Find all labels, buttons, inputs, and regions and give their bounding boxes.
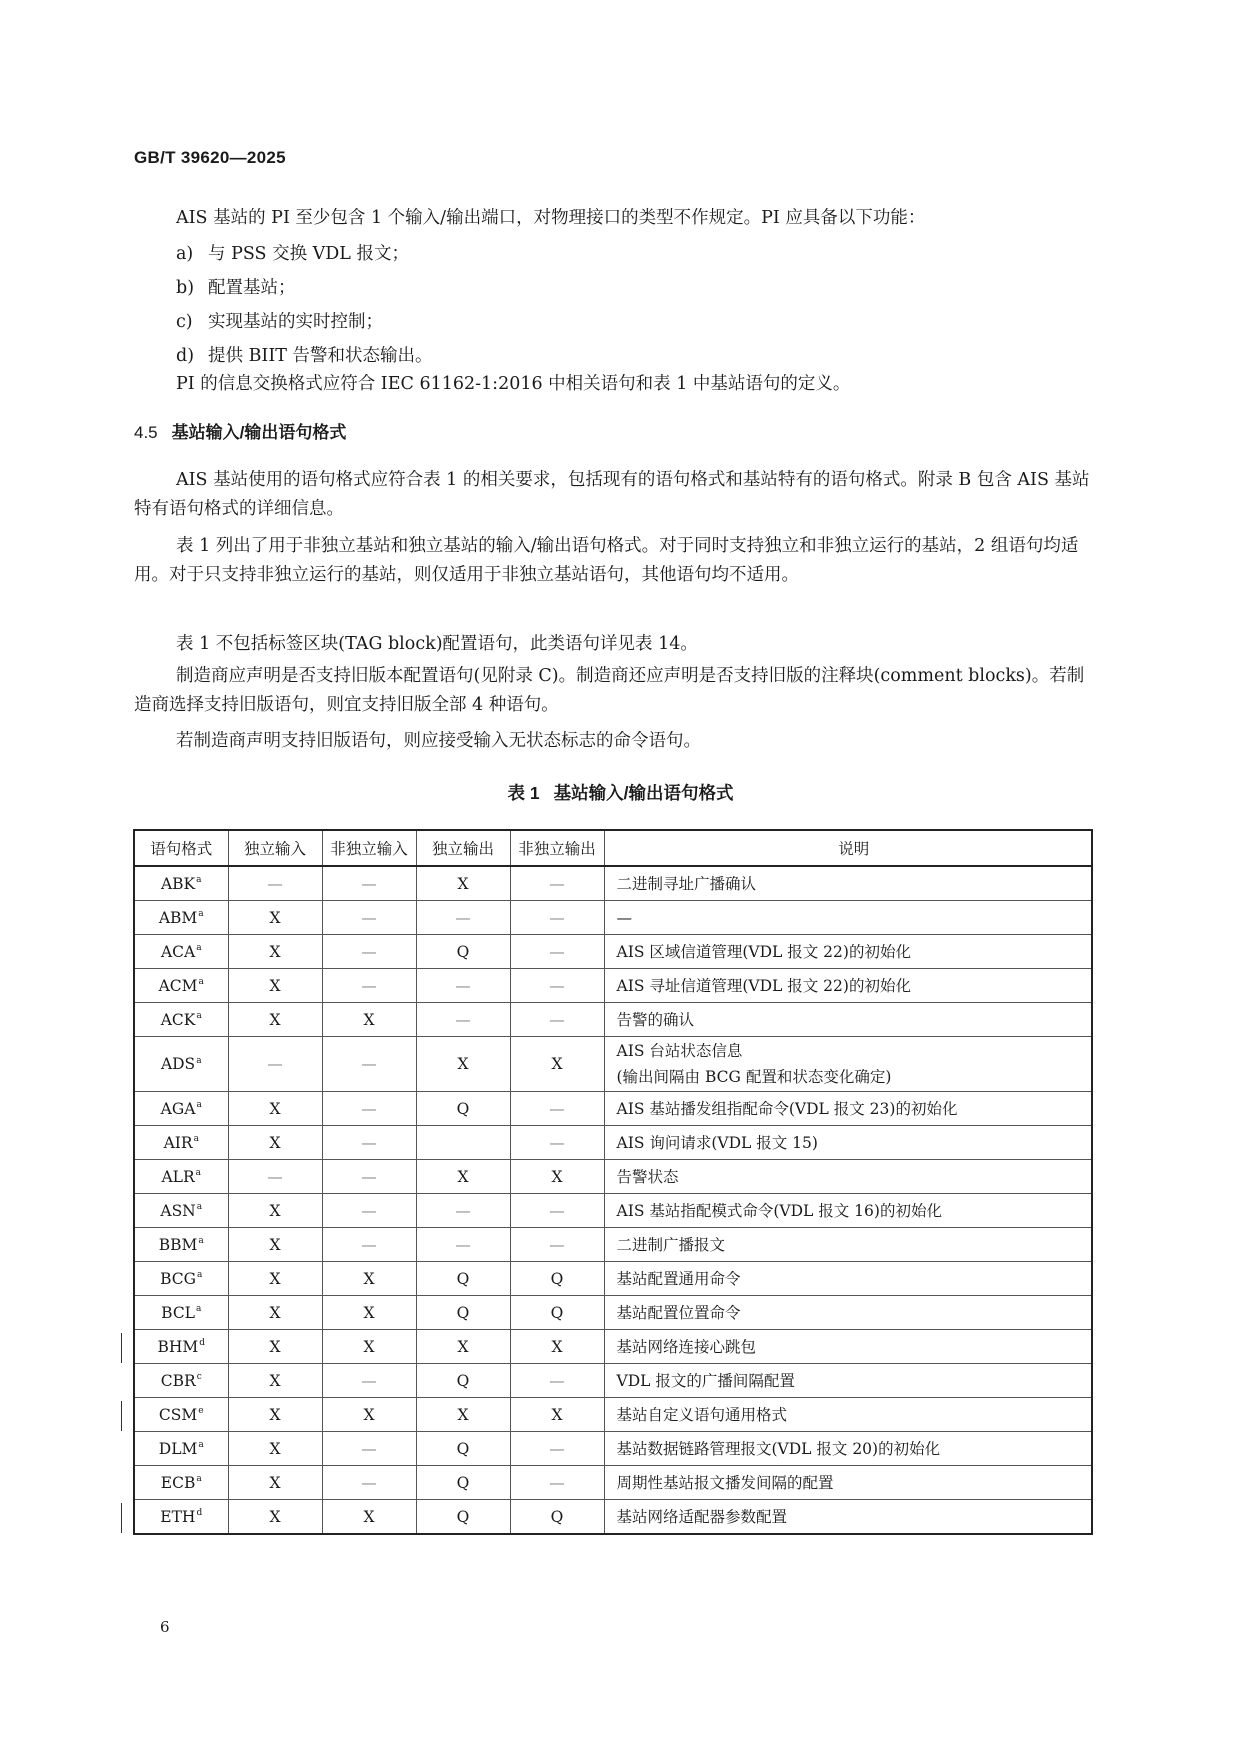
cell-format: CSMe [134, 1398, 228, 1432]
cell-description: AIS 寻址信道管理(VDL 报文 22)的初始化 [604, 969, 1092, 1003]
cell-format: BHMd [134, 1330, 228, 1364]
page-number: 6 [160, 1618, 170, 1636]
cell-format: ACAa [134, 935, 228, 969]
footnote-marker: a [198, 909, 203, 919]
intro-closing: PI 的信息交换格式应符合 IEC 61162-1:2016 中相关语句和表 1… [134, 370, 1094, 399]
cell-format: ADSa [134, 1037, 228, 1092]
cell-dependent-output: — [510, 1126, 604, 1160]
cell-dependent-output: — [510, 969, 604, 1003]
table-row: ACAaX—Q—AIS 区域信道管理(VDL 报文 22)的初始化 [134, 935, 1092, 969]
cell-description: 基站配置通用命令 [604, 1262, 1092, 1296]
format-code: ALR [161, 1168, 194, 1186]
revision-change-bar [121, 1333, 122, 1363]
cell-description: — [604, 901, 1092, 935]
format-code: CBR [161, 1372, 196, 1390]
footnote-marker: a [196, 1304, 201, 1314]
cell-format: ACKa [134, 1003, 228, 1037]
cell-description: AIS 基站指配模式命令(VDL 报文 16)的初始化 [604, 1194, 1092, 1228]
description-line: (输出间隔由 BCG 配置和状态变化确定) [617, 1064, 1092, 1090]
cell-dependent-input: X [322, 1500, 416, 1535]
cell-dependent-input: — [322, 969, 416, 1003]
list-marker: c) [176, 312, 208, 332]
cell-dependent-input: X [322, 1262, 416, 1296]
cell-independent-output: Q [416, 1500, 510, 1535]
cell-independent-input: X [228, 1432, 322, 1466]
footnote-marker: a [196, 1056, 201, 1066]
cell-independent-input: — [228, 866, 322, 901]
cell-dependent-input: — [322, 1432, 416, 1466]
section-number: 4.5 [134, 423, 158, 442]
sentence-format-table: 语句格式 独立输入 非独立输入 独立输出 非独立输出 说明 ABKa——X—二进… [133, 829, 1093, 1535]
cell-dependent-input: — [322, 935, 416, 969]
cell-independent-input: — [228, 1160, 322, 1194]
footnote-marker: a [198, 1236, 203, 1246]
cell-dependent-output: Q [510, 1296, 604, 1330]
table-row: ACMaX———AIS 寻址信道管理(VDL 报文 22)的初始化 [134, 969, 1092, 1003]
cell-description: 周期性基站报文播发间隔的配置 [604, 1466, 1092, 1500]
header-dependent-input: 非独立输入 [322, 830, 416, 866]
format-code: ETH [160, 1508, 195, 1526]
cell-description: AIS 询问请求(VDL 报文 15) [604, 1126, 1092, 1160]
table-body: ABKa——X—二进制寻址广播确认ABMaX————ACAaX—Q—AIS 区域… [134, 866, 1092, 1534]
table-title: 基站输入/输出语句格式 [554, 783, 734, 803]
list-item-c: c)实现基站的实时控制； [176, 308, 383, 333]
header-independent-input: 独立输入 [228, 830, 322, 866]
revision-change-bar [121, 1503, 122, 1534]
format-code: AIR [164, 1134, 193, 1152]
cell-description: VDL 报文的广播间隔配置 [604, 1364, 1092, 1398]
description-line: 基站自定义语句通用格式 [617, 1402, 1092, 1428]
cell-dependent-input: — [322, 1037, 416, 1092]
cell-format: ETHd [134, 1500, 228, 1535]
cell-dependent-output: — [510, 901, 604, 935]
format-code: ABK [161, 875, 195, 893]
footnote-marker: d [199, 1338, 205, 1348]
cell-dependent-input: X [322, 1003, 416, 1037]
table-caption: 表 1基站输入/输出语句格式 [0, 780, 1241, 805]
format-code: ADS [161, 1055, 195, 1073]
format-code: ACM [159, 977, 198, 995]
table-row: BBMaX———二进制广播报文 [134, 1228, 1092, 1262]
table-row: AIRaX——AIS 询问请求(VDL 报文 15) [134, 1126, 1092, 1160]
cell-dependent-output: X [510, 1160, 604, 1194]
cell-dependent-output: — [510, 1364, 604, 1398]
cell-independent-input: X [228, 1228, 322, 1262]
cell-dependent-input: X [322, 1398, 416, 1432]
footnote-marker: a [196, 1100, 201, 1110]
cell-independent-input: X [228, 1092, 322, 1126]
section-paragraph-1: AIS 基站使用的语句格式应符合表 1 的相关要求，包括现有的语句格式和基站特有… [134, 466, 1094, 524]
cell-description: AIS 基站播发组指配命令(VDL 报文 23)的初始化 [604, 1092, 1092, 1126]
format-code: BCL [161, 1304, 195, 1322]
table-row: ECBaX—Q—周期性基站报文播发间隔的配置 [134, 1466, 1092, 1500]
cell-dependent-input: X [322, 1296, 416, 1330]
cell-independent-input: X [228, 1262, 322, 1296]
cell-independent-output: — [416, 901, 510, 935]
cell-independent-output: X [416, 1398, 510, 1432]
description-line: 二进制寻址广播确认 [617, 871, 1092, 897]
description-line: 基站网络适配器参数配置 [617, 1504, 1092, 1530]
cell-independent-input: X [228, 1398, 322, 1432]
cell-independent-input: — [228, 1037, 322, 1092]
footnote-marker: a [196, 1474, 201, 1484]
cell-format: ABKa [134, 866, 228, 901]
cell-description: AIS 台站状态信息(输出间隔由 BCG 配置和状态变化确定) [604, 1037, 1092, 1092]
format-code: ASN [160, 1202, 195, 1220]
section-paragraph-4: 制造商应声明是否支持旧版本配置语句(见附录 C)。制造商还应声明是否支持旧版的注… [134, 662, 1094, 720]
section-heading: 4.5基站输入/输出语句格式 [134, 418, 346, 443]
cell-independent-output: X [416, 866, 510, 901]
cell-description: 基站网络适配器参数配置 [604, 1500, 1092, 1535]
description-line: 基站配置通用命令 [617, 1266, 1092, 1292]
cell-dependent-input: — [322, 1364, 416, 1398]
table-row: ABKa——X—二进制寻址广播确认 [134, 866, 1092, 901]
format-code: ECB [161, 1474, 196, 1492]
cell-independent-input: X [228, 1466, 322, 1500]
cell-independent-input: X [228, 901, 322, 935]
footnote-marker: a [199, 977, 204, 987]
cell-format: DLMa [134, 1432, 228, 1466]
table-row: ABMaX———— [134, 901, 1092, 935]
description-line: AIS 台站状态信息 [617, 1038, 1092, 1064]
cell-independent-output: Q [416, 1466, 510, 1500]
section-paragraph-3: 表 1 不包括标签区块(TAG block)配置语句，此类语句详见表 14。 [134, 630, 1094, 659]
cell-format: AIRa [134, 1126, 228, 1160]
table-row: ASNaX———AIS 基站指配模式命令(VDL 报文 16)的初始化 [134, 1194, 1092, 1228]
cell-description: 基站配置位置命令 [604, 1296, 1092, 1330]
cell-independent-input: X [228, 1194, 322, 1228]
cell-description: AIS 区域信道管理(VDL 报文 22)的初始化 [604, 935, 1092, 969]
standard-code: GB/T 39620—2025 [134, 148, 286, 168]
format-code: DLM [159, 1440, 198, 1458]
cell-dependent-output: — [510, 935, 604, 969]
format-code: ABM [159, 909, 197, 927]
cell-dependent-input: — [322, 1194, 416, 1228]
cell-format: ACMa [134, 969, 228, 1003]
cell-dependent-output: — [510, 866, 604, 901]
cell-independent-output [416, 1126, 510, 1160]
description-line: 基站网络连接心跳包 [617, 1334, 1092, 1360]
cell-description: 二进制寻址广播确认 [604, 866, 1092, 901]
cell-independent-output: X [416, 1160, 510, 1194]
list-marker: a) [176, 244, 208, 264]
cell-description: 基站数据链路管理报文(VDL 报文 20)的初始化 [604, 1432, 1092, 1466]
cell-description: 二进制广播报文 [604, 1228, 1092, 1262]
table-row: DLMaX—Q—基站数据链路管理报文(VDL 报文 20)的初始化 [134, 1432, 1092, 1466]
cell-dependent-output: — [510, 1228, 604, 1262]
list-item-a: a)与 PSS 交换 VDL 报文； [176, 240, 409, 265]
cell-independent-input: X [228, 1296, 322, 1330]
footnote-marker: a [196, 1011, 201, 1021]
cell-dependent-input: — [322, 1160, 416, 1194]
cell-dependent-input: — [322, 866, 416, 901]
cell-independent-output: — [416, 1228, 510, 1262]
cell-format: AGAa [134, 1092, 228, 1126]
list-text: 与 PSS 交换 VDL 报文； [208, 244, 409, 264]
cell-format: ECBa [134, 1466, 228, 1500]
header-format: 语句格式 [134, 830, 228, 866]
cell-format: ALRa [134, 1160, 228, 1194]
description-line: — [617, 905, 1092, 931]
cell-dependent-input: — [322, 901, 416, 935]
cell-dependent-output: X [510, 1398, 604, 1432]
list-text: 配置基站； [208, 278, 296, 298]
list-marker: b) [176, 278, 208, 298]
cell-dependent-output: Q [510, 1500, 604, 1535]
cell-dependent-input: — [322, 1092, 416, 1126]
footnote-marker: e [198, 1406, 203, 1416]
table-row: BCLaXXQQ基站配置位置命令 [134, 1296, 1092, 1330]
cell-independent-input: X [228, 1500, 322, 1535]
cell-dependent-output: X [510, 1037, 604, 1092]
cell-independent-output: Q [416, 1432, 510, 1466]
cell-independent-input: X [228, 1003, 322, 1037]
footnote-marker: a [198, 1440, 203, 1450]
cell-dependent-output: — [510, 1466, 604, 1500]
cell-dependent-input: — [322, 1126, 416, 1160]
cell-independent-input: X [228, 1330, 322, 1364]
cell-independent-output: — [416, 1194, 510, 1228]
cell-independent-output: X [416, 1037, 510, 1092]
cell-independent-output: X [416, 1330, 510, 1364]
footnote-marker: a [197, 1202, 202, 1212]
cell-independent-input: X [228, 969, 322, 1003]
cell-description: 告警的确认 [604, 1003, 1092, 1037]
section-paragraph-2: 表 1 列出了用于非独立基站和独立基站的输入/输出语句格式。对于同时支持独立和非… [134, 532, 1094, 590]
cell-independent-output: Q [416, 1092, 510, 1126]
cell-independent-input: X [228, 1364, 322, 1398]
cell-format: ASNa [134, 1194, 228, 1228]
table-row: AGAaX—Q—AIS 基站播发组指配命令(VDL 报文 23)的初始化 [134, 1092, 1092, 1126]
format-code: ACA [161, 943, 195, 961]
format-code: ACK [161, 1011, 196, 1029]
cell-dependent-output: — [510, 1432, 604, 1466]
table-row: ADSa——XXAIS 台站状态信息(输出间隔由 BCG 配置和状态变化确定) [134, 1037, 1092, 1092]
cell-format: BCGa [134, 1262, 228, 1296]
header-independent-output: 独立输出 [416, 830, 510, 866]
table-header-row: 语句格式 独立输入 非独立输入 独立输出 非独立输出 说明 [134, 830, 1092, 866]
cell-format: CBRc [134, 1364, 228, 1398]
footnote-marker: a [197, 1270, 202, 1280]
footnote-marker: a [194, 1134, 199, 1144]
cell-independent-output: Q [416, 1296, 510, 1330]
footnote-marker: a [196, 875, 201, 885]
table-row: CBRcX—Q—VDL 报文的广播间隔配置 [134, 1364, 1092, 1398]
description-line: 告警状态 [617, 1164, 1092, 1190]
cell-format: BCLa [134, 1296, 228, 1330]
list-item-b: b)配置基站； [176, 274, 296, 299]
description-line: AIS 基站播发组指配命令(VDL 报文 23)的初始化 [617, 1096, 1092, 1122]
cell-independent-output: — [416, 1003, 510, 1037]
cell-dependent-output: — [510, 1003, 604, 1037]
description-line: AIS 基站指配模式命令(VDL 报文 16)的初始化 [617, 1198, 1092, 1224]
table-row: ACKaXX——告警的确认 [134, 1003, 1092, 1037]
cell-format: ABMa [134, 901, 228, 935]
cell-dependent-input: — [322, 1466, 416, 1500]
table-row: BHMdXXXX基站网络连接心跳包 [134, 1330, 1092, 1364]
cell-independent-input: X [228, 1126, 322, 1160]
list-marker: d) [176, 346, 208, 366]
description-line: 告警的确认 [617, 1007, 1092, 1033]
cell-independent-output: Q [416, 1364, 510, 1398]
header-description: 说明 [604, 830, 1092, 866]
cell-dependent-output: — [510, 1092, 604, 1126]
description-line: AIS 寻址信道管理(VDL 报文 22)的初始化 [617, 973, 1092, 999]
cell-format: BBMa [134, 1228, 228, 1262]
footnote-marker: a [196, 1168, 201, 1178]
table-row: CSMeXXXX基站自定义语句通用格式 [134, 1398, 1092, 1432]
format-code: CSM [159, 1406, 197, 1424]
section-title: 基站输入/输出语句格式 [172, 423, 347, 442]
cell-dependent-output: Q [510, 1262, 604, 1296]
format-code: BBM [159, 1236, 198, 1254]
cell-independent-output: Q [416, 935, 510, 969]
cell-description: 基站自定义语句通用格式 [604, 1398, 1092, 1432]
description-line: AIS 询问请求(VDL 报文 15) [617, 1130, 1092, 1156]
footnote-marker: d [196, 1508, 202, 1518]
table-row: BCGaXXQQ基站配置通用命令 [134, 1262, 1092, 1296]
description-line: 基站配置位置命令 [617, 1300, 1092, 1326]
format-code: AGA [161, 1100, 196, 1118]
revision-change-bar [121, 1401, 122, 1431]
format-code: BCG [160, 1270, 196, 1288]
footnote-marker: a [196, 943, 201, 953]
description-line: 二进制广播报文 [617, 1232, 1092, 1258]
cell-independent-output: Q [416, 1262, 510, 1296]
list-text: 提供 BIIT 告警和状态输出。 [208, 346, 432, 366]
description-line: 周期性基站报文播发间隔的配置 [617, 1470, 1092, 1496]
cell-dependent-output: X [510, 1330, 604, 1364]
description-line: 基站数据链路管理报文(VDL 报文 20)的初始化 [617, 1436, 1092, 1462]
description-line: AIS 区域信道管理(VDL 报文 22)的初始化 [617, 939, 1092, 965]
table-number: 表 1 [508, 783, 540, 803]
list-text: 实现基站的实时控制； [208, 312, 383, 332]
cell-dependent-output: — [510, 1194, 604, 1228]
cell-independent-input: X [228, 935, 322, 969]
cell-dependent-input: X [322, 1330, 416, 1364]
cell-description: 基站网络连接心跳包 [604, 1330, 1092, 1364]
description-line: VDL 报文的广播间隔配置 [617, 1368, 1092, 1394]
intro-paragraph: AIS 基站的 PI 至少包含 1 个输入/输出端口，对物理接口的类型不作规定。… [134, 204, 1094, 233]
table-row: ALRa——XX告警状态 [134, 1160, 1092, 1194]
header-dependent-output: 非独立输出 [510, 830, 604, 866]
cell-dependent-input: — [322, 1228, 416, 1262]
cell-description: 告警状态 [604, 1160, 1092, 1194]
cell-independent-output: — [416, 969, 510, 1003]
format-code: BHM [157, 1338, 198, 1356]
list-item-d: d)提供 BIIT 告警和状态输出。 [176, 342, 432, 367]
section-paragraph-5: 若制造商声明支持旧版语句，则应接受输入无状态标志的命令语句。 [134, 727, 1094, 756]
table-row: ETHdXXQQ基站网络适配器参数配置 [134, 1500, 1092, 1535]
footnote-marker: c [197, 1372, 202, 1382]
